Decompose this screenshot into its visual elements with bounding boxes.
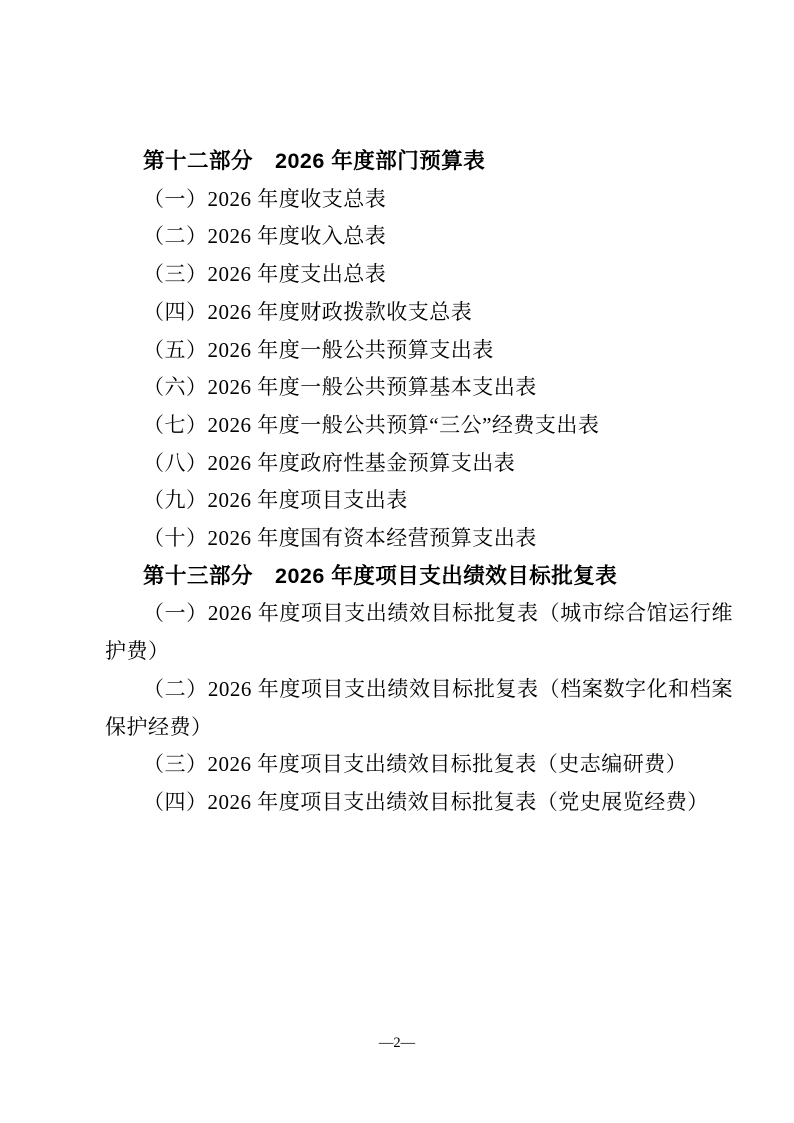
toc-item: （六）2026 年度一般公共预算基本支出表 (105, 369, 733, 407)
toc-item: （五）2026 年度一般公共预算支出表 (105, 332, 733, 370)
document-page: 第十二部分 2026 年度部门预算表 （一）2026 年度收支总表 （二）202… (0, 0, 794, 1123)
toc-item: （八）2026 年度政府性基金预算支出表 (105, 445, 733, 483)
page-number: —2— (0, 1033, 794, 1053)
section-heading-part13: 第十三部分 2026 年度项目支出绩效目标批复表 (105, 558, 733, 596)
toc-item: （七）2026 年度一般公共预算“三公”经费支出表 (105, 407, 733, 445)
toc-item: （四）2026 年度财政拨款收支总表 (105, 294, 733, 332)
toc-item: （四）2026 年度项目支出绩效目标批复表（党史展览经费） (105, 784, 733, 822)
section-heading-part12: 第十二部分 2026 年度部门预算表 (105, 143, 733, 181)
toc-item: （一）2026 年度项目支出绩效目标批复表（城市综合馆运行维护费） (105, 595, 733, 670)
document-body: 第十二部分 2026 年度部门预算表 （一）2026 年度收支总表 （二）202… (105, 143, 733, 822)
toc-item: （十）2026 年度国有资本经营预算支出表 (105, 520, 733, 558)
toc-item: （二）2026 年度收入总表 (105, 218, 733, 256)
toc-item: （三）2026 年度支出总表 (105, 256, 733, 294)
toc-item: （三）2026 年度项目支出绩效目标批复表（史志编研费） (105, 746, 733, 784)
toc-item: （九）2026 年度项目支出表 (105, 482, 733, 520)
toc-item: （二）2026 年度项目支出绩效目标批复表（档案数字化和档案保护经费） (105, 671, 733, 746)
toc-item: （一）2026 年度收支总表 (105, 181, 733, 219)
